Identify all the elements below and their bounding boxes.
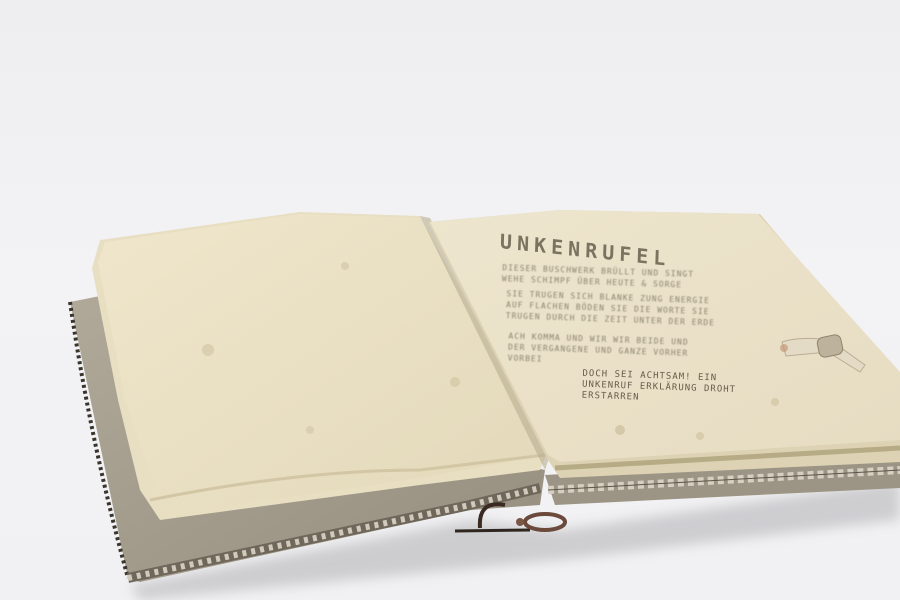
photo-scene: UNKENRUFEL DIESER BUSCHWERK BRÜLLT UND S… (0, 0, 900, 600)
paper-stain (202, 344, 214, 356)
page-paragraph-3: ACH KOMMA UND WIR WIR BEIDE UND DER VERG… (507, 331, 708, 371)
paper-stain (341, 262, 349, 270)
book-illustration (0, 0, 900, 600)
paper-stain (450, 377, 460, 387)
paper-stain (306, 426, 314, 434)
page-paragraph-4: DOCH SEI ACHTSAM! EIN UNKENRUF ERKLÄRUNG… (581, 369, 772, 409)
paper-stain (615, 425, 625, 435)
paper-stain (696, 432, 704, 440)
paper-stain (771, 398, 779, 406)
